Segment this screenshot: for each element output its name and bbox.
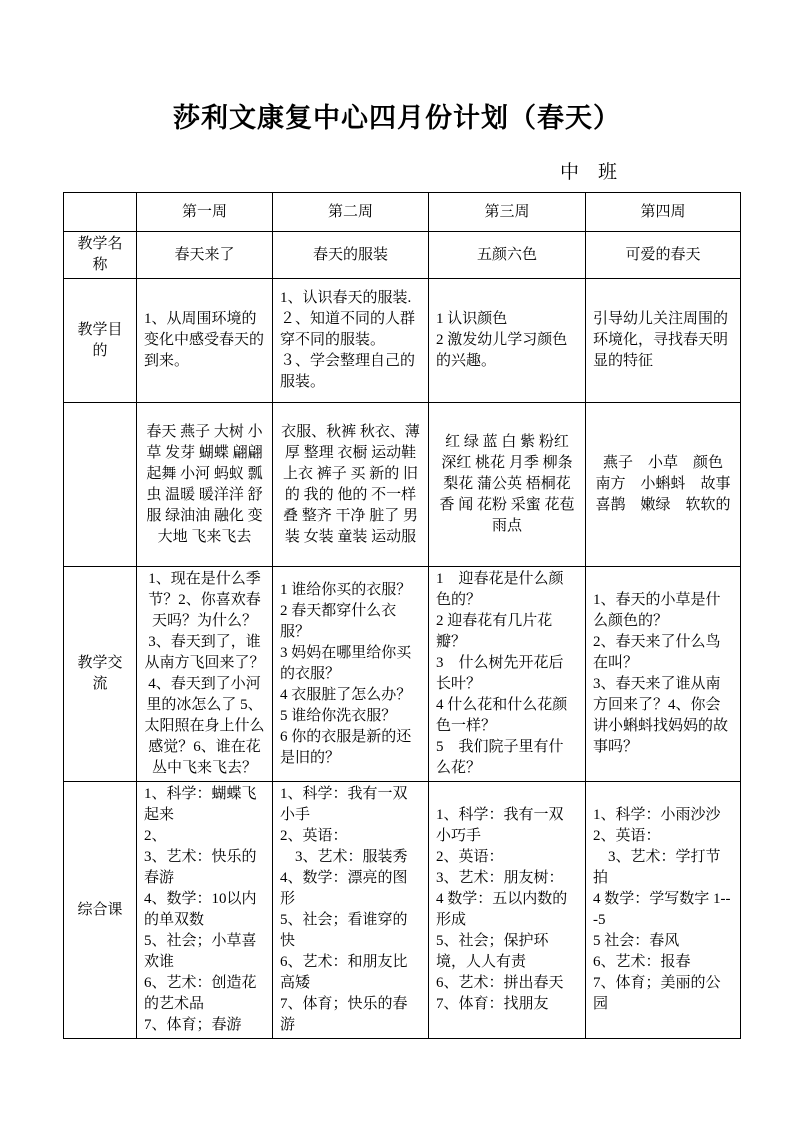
corner-cell — [64, 193, 137, 232]
plan-cell: 春天 燕子 大树 小草 发芽 蝴蝶 翩翩起舞 小河 蚂蚁 瓢虫 温暖 暖洋洋 舒… — [137, 403, 273, 567]
plan-cell: 1 迎春花是什么颜色的？ 2 迎春花有几片花瓣？ 3 什么树先开花后长叶？ 4 … — [429, 567, 586, 782]
plan-cell: 1、科学：我有一双小巧手 2、英语： 3、艺术：朋友树： 4 数学：五以内数的形… — [429, 782, 586, 1039]
monthly-plan-table: 第一周 第二周 第三周 第四周 教学名称 春天来了 春天的服装 五颜六色 可爱的… — [63, 192, 741, 1039]
table-header-row: 第一周 第二周 第三周 第四周 — [64, 193, 741, 232]
plan-cell: 红 绿 蓝 白 紫 粉红 深红 桃花 月季 柳条 梨花 蒲公英 梧桐花 香 闻 … — [429, 403, 586, 567]
table-row-objectives: 教学目的 1、从周围环境的变化中感受春天的到来。 1、认识春天的服装. ２、知道… — [64, 279, 741, 403]
table-row-comprehensive: 综合课 1、科学：蝴蝶飞起来 2、 3、艺术：快乐的春游 4、数学：10以内的单… — [64, 782, 741, 1039]
table-row-vocabulary: 春天 燕子 大树 小草 发芽 蝴蝶 翩翩起舞 小河 蚂蚁 瓢虫 温暖 暖洋洋 舒… — [64, 403, 741, 567]
row-label-cell — [64, 403, 137, 567]
class-label: 中 班 — [560, 157, 794, 184]
table-row-lesson-names: 教学名称 春天来了 春天的服装 五颜六色 可爱的春天 — [64, 232, 741, 279]
row-label-cell: 综合课 — [64, 782, 137, 1039]
plan-cell: 1、认识春天的服装. ２、知道不同的人群穿不同的服装。 ３、学会整理自己的服装。 — [273, 279, 429, 403]
week-header-cell: 第三周 — [429, 193, 586, 232]
plan-cell: 1、科学：蝴蝶飞起来 2、 3、艺术：快乐的春游 4、数学：10以内的单双数 5… — [137, 782, 273, 1039]
plan-cell: 1、科学：我有一双小手 2、英语： 3、艺术：服装秀 4、数学：漂亮的图形 5、… — [273, 782, 429, 1039]
week-header-cell: 第一周 — [137, 193, 273, 232]
plan-cell: 春天的服装 — [273, 232, 429, 279]
plan-cell: 1、科学：小雨沙沙 2、英语： 3、艺术：学打节拍 4 数学：学写数字 1---… — [586, 782, 741, 1039]
plan-cell: 1、春天的小草是什么颜色的？ 2、春天来了什么鸟在叫？ 3、春天来了谁从南方回来… — [586, 567, 741, 782]
plan-cell: 五颜六色 — [429, 232, 586, 279]
document-page: 莎利文康复中心四月份计划（春天） 中 班 第一周 第二周 第三周 第四周 教学名… — [0, 0, 794, 1123]
plan-cell: 1 谁给你买的衣服？ 2 春天都穿什么衣服？ 3 妈妈在哪里给你买的衣服？ 4 … — [273, 567, 429, 782]
plan-cell: 春天来了 — [137, 232, 273, 279]
week-header-cell: 第四周 — [586, 193, 741, 232]
plan-cell: 1、现在是什么季节？2、你喜欢春天吗？为什么？ 3、春天到了，谁从南方飞回来了？… — [137, 567, 273, 782]
plan-cell: 1、从周围环境的变化中感受春天的到来。 — [137, 279, 273, 403]
plan-cell: 可爱的春天 — [586, 232, 741, 279]
table-row-discussion: 教学交流 1、现在是什么季节？2、你喜欢春天吗？为什么？ 3、春天到了，谁从南方… — [64, 567, 741, 782]
plan-cell: 1 认识颜色 2 激发幼儿学习颜色的兴趣。 — [429, 279, 586, 403]
plan-cell: 燕子 小草 颜色 南方 小蝌蚪 故事 喜鹊 嫩绿 软软的 — [586, 403, 741, 567]
plan-cell: 衣服、秋裤 秋衣、薄 厚 整理 衣橱 运动鞋 上衣 裤子 买 新的 旧的 我的 … — [273, 403, 429, 567]
row-label-cell: 教学名称 — [64, 232, 137, 279]
row-label-cell: 教学交流 — [64, 567, 137, 782]
plan-cell: 引导幼儿关注周围的环境化，寻找春天明显的特征 — [586, 279, 741, 403]
page-title: 莎利文康复中心四月份计划（春天） — [0, 0, 794, 135]
week-header-cell: 第二周 — [273, 193, 429, 232]
row-label-cell: 教学目的 — [64, 279, 137, 403]
